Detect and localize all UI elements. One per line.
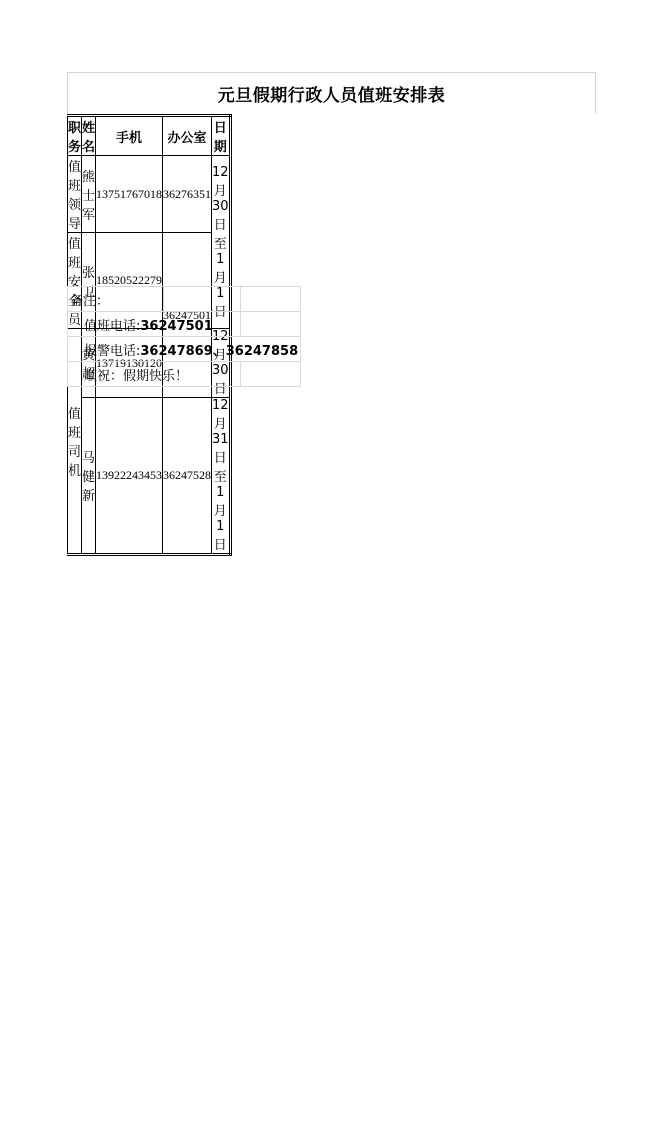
header-office[interactable]: 办公室: [163, 116, 212, 156]
duty-phone-label: 值班电话:: [84, 319, 140, 334]
duty-phone-value: 36247501: [140, 319, 212, 334]
alarm-phone-value: 36247869、36247858: [140, 344, 298, 359]
table-row: 马健新 13922243453 36247528 12月31日至1月1日: [68, 398, 231, 555]
empty-cell[interactable]: [240, 312, 301, 337]
empty-cell[interactable]: [240, 362, 301, 387]
sheet-title: 元旦假期行政人员值班安排表: [67, 72, 596, 114]
header-row: 职务 姓名 手机 办公室 日期: [68, 116, 231, 156]
cell-phone[interactable]: 13751767018: [96, 156, 163, 233]
cell-role[interactable]: 值班领导: [68, 156, 82, 233]
cell-name[interactable]: 马健新: [82, 398, 96, 555]
header-phone[interactable]: 手机: [96, 116, 163, 156]
notes-row: 备注：: [68, 287, 301, 312]
cell-office[interactable]: 36276351: [163, 156, 212, 233]
alarm-phone-cell[interactable]: 报警电话:36247869、36247858: [68, 337, 301, 362]
cell-name[interactable]: 熊士军: [82, 156, 96, 233]
cell-phone[interactable]: 13922243453: [96, 398, 163, 555]
notes-table: 备注： 值班电话:36247501 报警电话:36247869、36247858…: [67, 286, 301, 387]
notes-row: 值班电话:36247501: [68, 312, 301, 337]
cell-office[interactable]: 36247528: [163, 398, 212, 555]
greeting-cell[interactable]: 顺祝：假期快乐！: [68, 362, 241, 387]
duty-phone-cell[interactable]: 值班电话:36247501: [68, 312, 241, 337]
notes-row: 报警电话:36247869、36247858: [68, 337, 301, 362]
notes-label[interactable]: 备注：: [68, 287, 164, 312]
header-role[interactable]: 职务: [68, 116, 82, 156]
table-row: 值班领导 熊士军 13751767018 36276351 12月30日至1月1…: [68, 156, 231, 233]
header-name[interactable]: 姓名: [82, 116, 96, 156]
notes-row: 顺祝：假期快乐！: [68, 362, 301, 387]
empty-cell[interactable]: [164, 287, 240, 312]
header-date[interactable]: 日期: [212, 116, 231, 156]
cell-date[interactable]: 12月31日至1月1日: [212, 398, 231, 555]
alarm-phone-label: 报警电话:: [84, 344, 140, 359]
empty-cell[interactable]: [240, 287, 301, 312]
